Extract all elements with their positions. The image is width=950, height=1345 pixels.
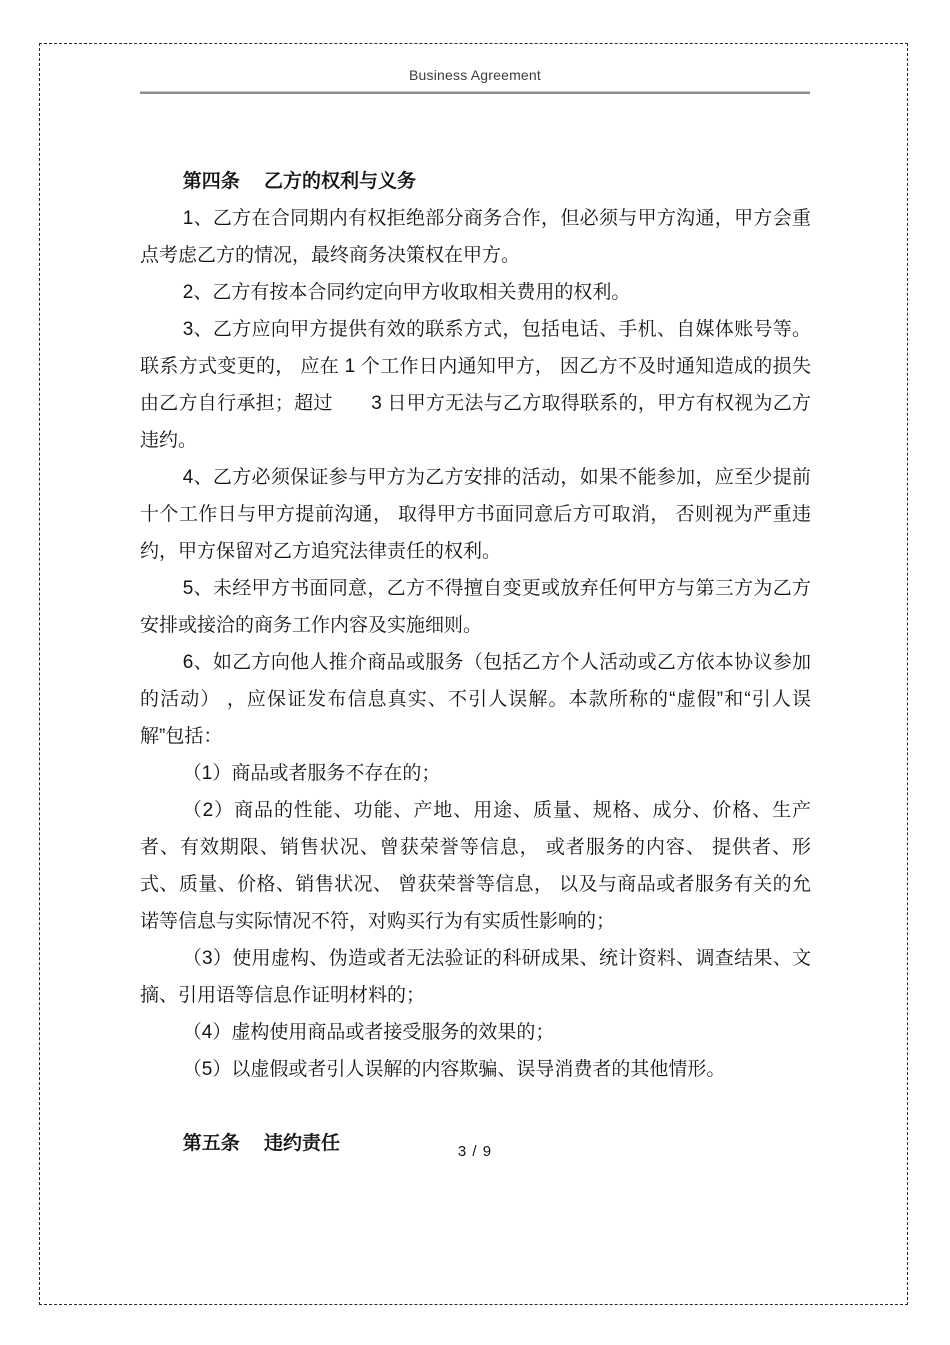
document-page: Business Agreement 第四条 乙方的权利与义务 1、乙方在合同期… [0, 0, 950, 1345]
header-rule [140, 91, 810, 94]
page-footer: 3 / 9 [0, 1143, 950, 1160]
paragraph-clause-1: 1、乙方在合同期内有权拒绝部分商务合作，但必须与甲方沟通，甲方会重点考虑乙方的情… [140, 200, 811, 274]
paragraph-clause-3: 3、乙方应向甲方提供有效的联系方式，包括电话、手机、自媒体账号等。 联系方式变更… [140, 311, 811, 459]
paragraph-item-1: （1）商品或者服务不存在的； [140, 755, 811, 792]
paragraph-item-4: （4）虚构使用商品或者接受服务的效果的； [140, 1014, 811, 1051]
paragraph-item-3: （3）使用虚构、伪造或者无法验证的科研成果、统计资料、调查结果、文摘、引用语等信… [140, 940, 811, 1014]
paragraph-clause-5: 5、未经甲方书面同意，乙方不得擅自变更或放弃任何甲方与第三方为乙方安排或接洽的商… [140, 570, 811, 644]
header-title: Business Agreement [0, 67, 950, 83]
document-body: 第四条 乙方的权利与义务 1、乙方在合同期内有权拒绝部分商务合作，但必须与甲方沟… [140, 163, 811, 1162]
section-heading-4: 第四条 乙方的权利与义务 [140, 163, 811, 200]
paragraph-item-5: （5）以虚假或者引人误解的内容欺骗、误导消费者的其他情形。 [140, 1051, 811, 1088]
paragraph-item-2: （2）商品的性能、功能、产地、用途、质量、规格、成分、价格、生产者、有效期限、销… [140, 792, 811, 940]
paragraph-clause-4: 4、乙方必须保证参与甲方为乙方安排的活动，如果不能参加，应至少提前十个工作日与甲… [140, 459, 811, 570]
paragraph-clause-6: 6、如乙方向他人推介商品或服务（包括乙方个人活动或乙方依本协议参加的活动） ，应… [140, 644, 811, 755]
paragraph-clause-2: 2、乙方有按本合同约定向甲方收取相关费用的权利。 [140, 274, 811, 311]
page-number: 3 / 9 [458, 1143, 492, 1160]
